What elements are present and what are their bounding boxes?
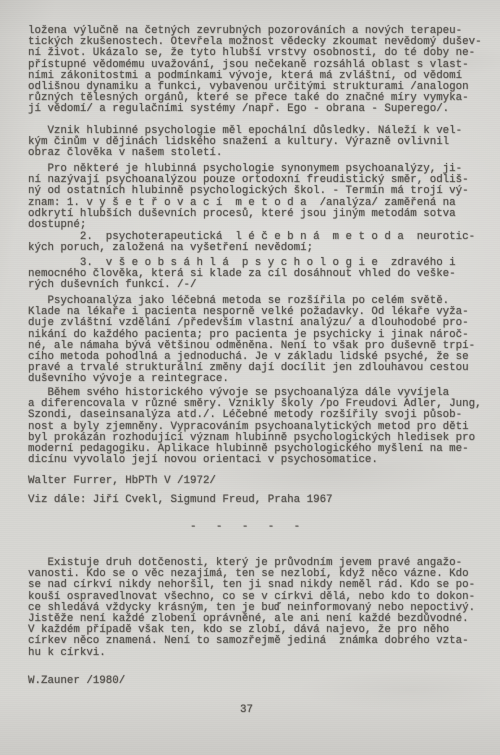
citation-walter-furrer: Walter Furrer, HbPTh V /1972/ (28, 476, 216, 487)
paragraph-church-annoyance: Existuje druh dotčenosti, který je průvo… (28, 558, 475, 659)
paragraph-term-meanings-item-1: Pro některé je hlubinná psychologie syno… (28, 164, 469, 231)
paragraph-psychoanalysis-as-method: Psychoanalýza jako léčebná metoda se roz… (28, 296, 475, 386)
paragraph-continued-from-previous-page: ložena výlučně na četných zevrubných poz… (28, 26, 482, 116)
citation-w-zauner: W.Zauner /1980/ (28, 676, 125, 687)
reference-viz-dale: Viz dále: Jiří Cvekl, Sigmund Freud, Pra… (28, 495, 333, 506)
paragraph-epochal-consequences: Vznik hlubinné psychologie měl epochální… (28, 126, 462, 160)
page-number: 37 (240, 705, 253, 716)
scanned-document-page: ložena výlučně na četných zevrubných poz… (0, 0, 500, 755)
separator-dashes: - - - - - (28, 522, 300, 533)
list-item-2: 2. psychoterapeutická l é č e b n á m e … (28, 232, 475, 254)
list-item-3: 3. v š e o b s á h l á p s y c h o l o g… (28, 258, 456, 292)
paragraph-historical-development: Během svého historického vývoje se psych… (28, 388, 482, 466)
